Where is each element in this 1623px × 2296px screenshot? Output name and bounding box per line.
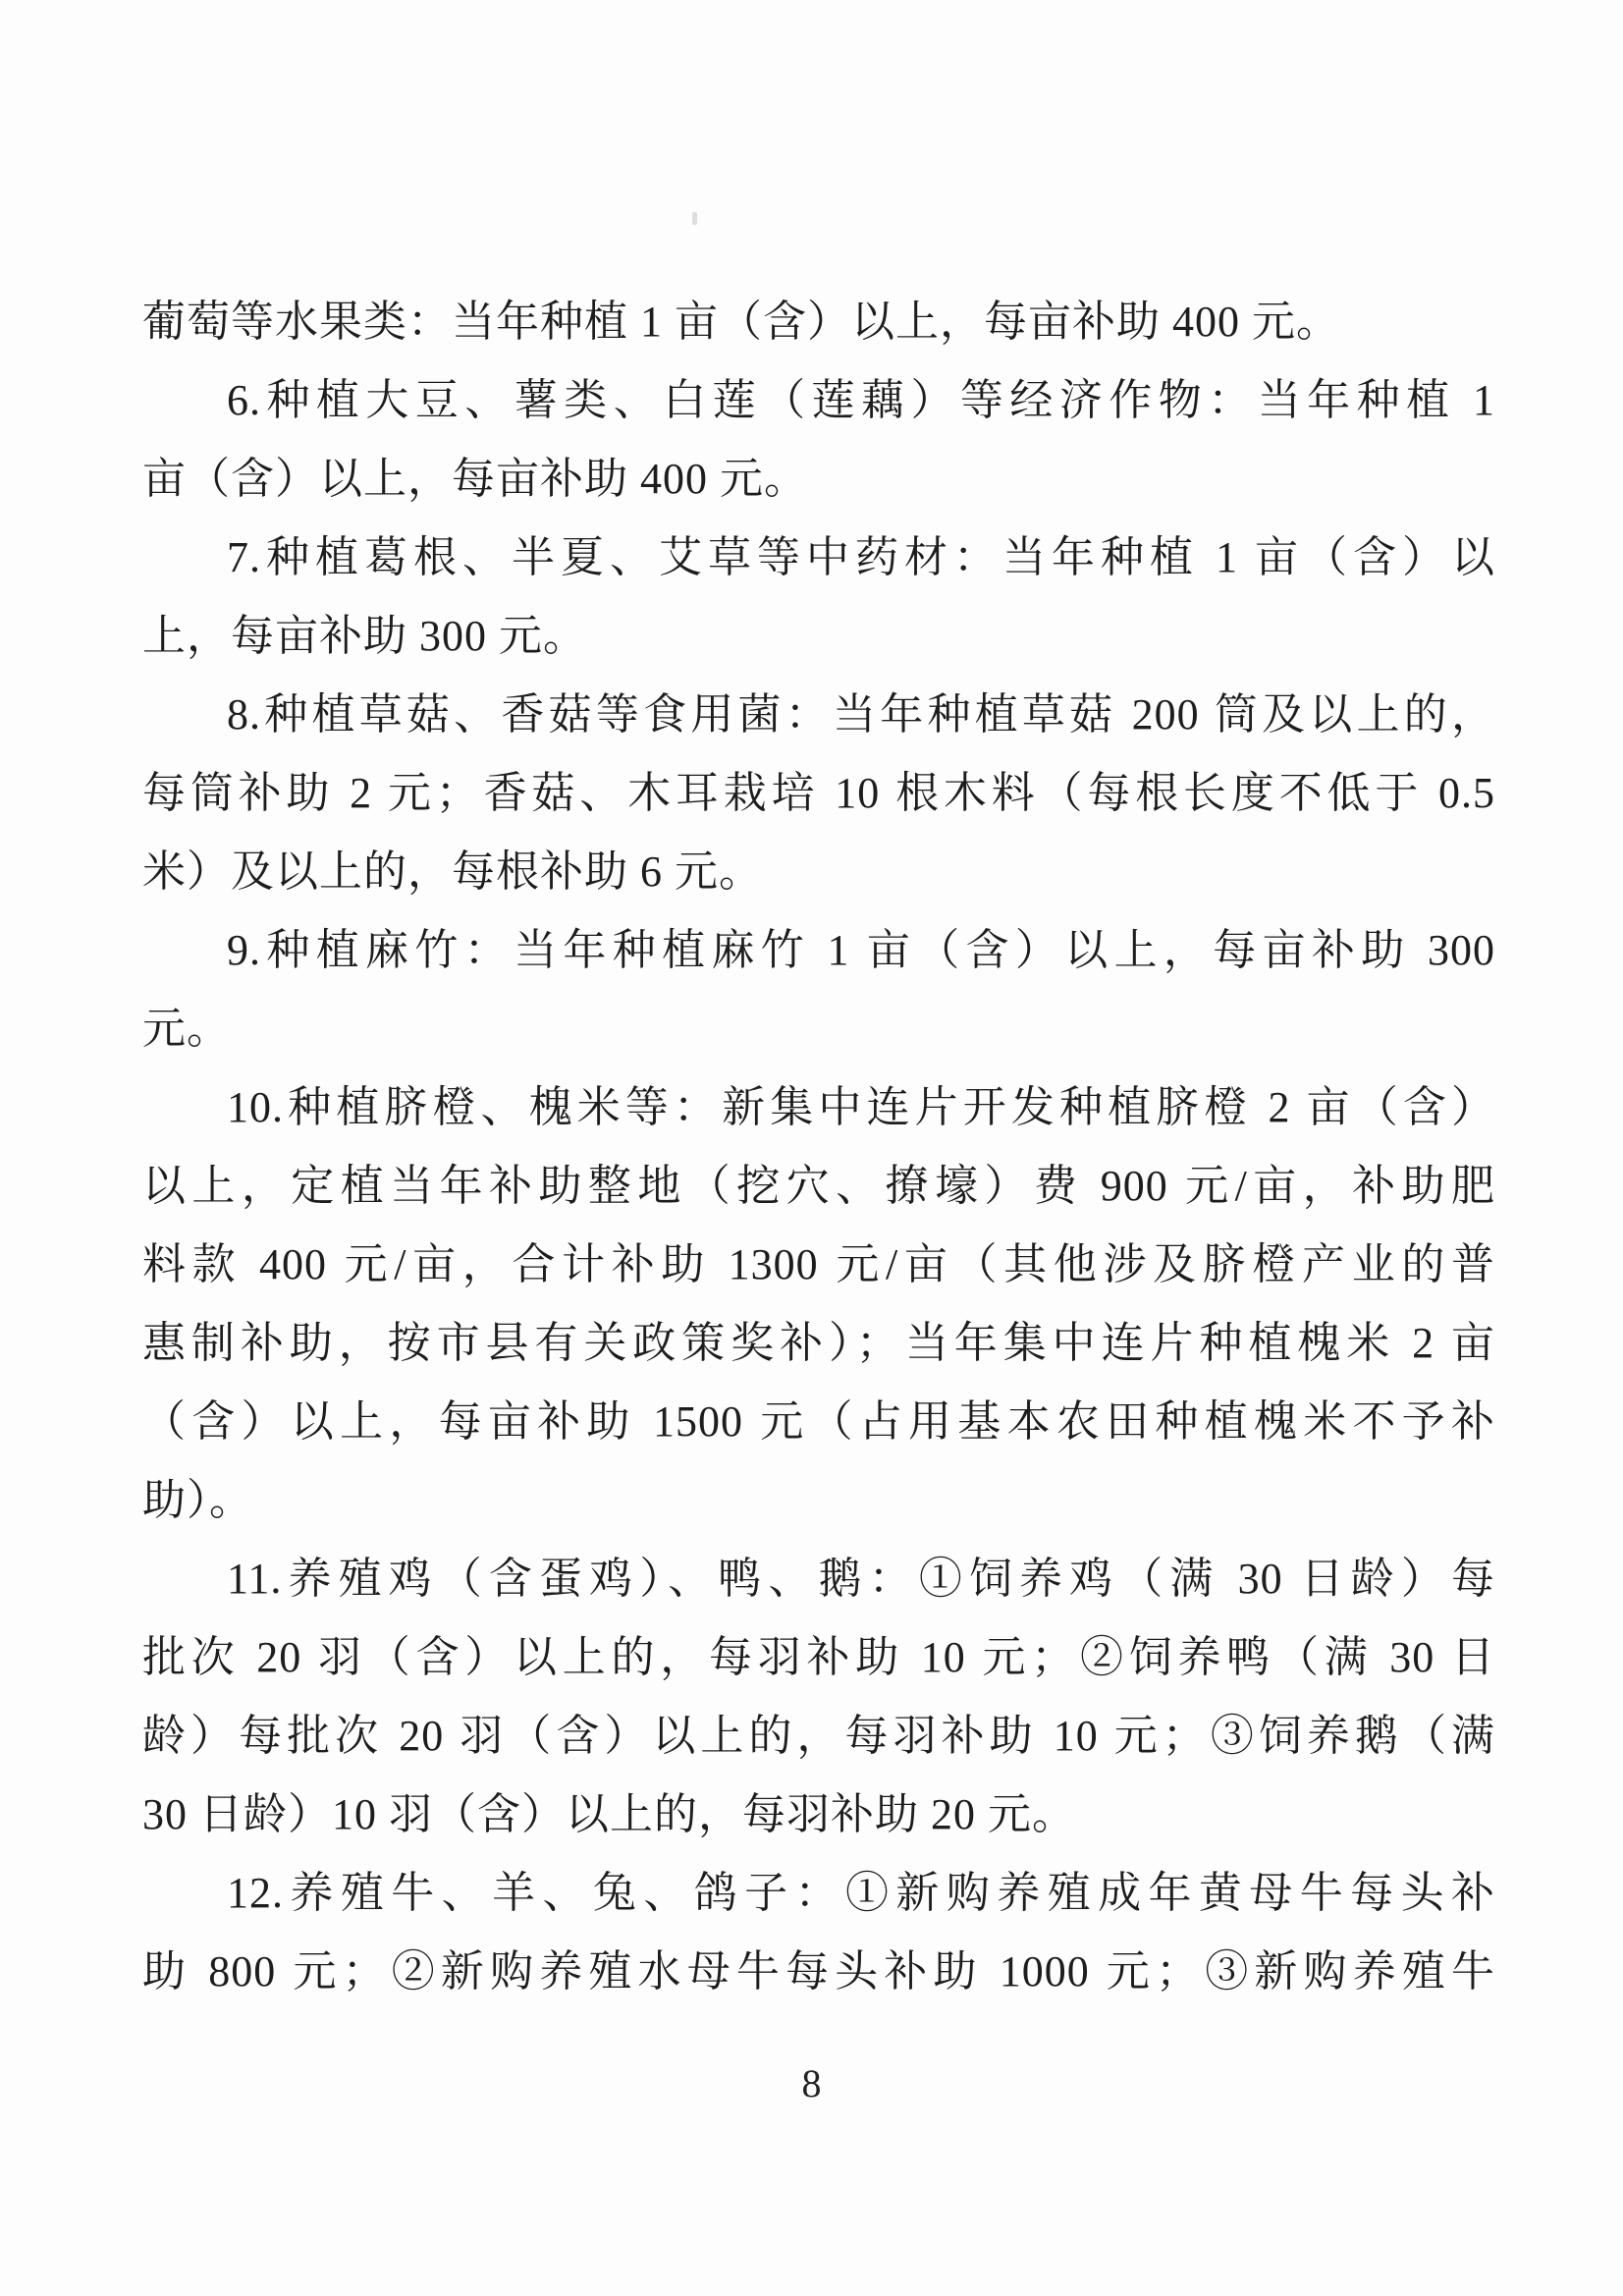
document-page: 葡萄等水果类：当年种植 1 亩（含）以上，每亩补助 400 元。 6.种植大豆、… xyxy=(0,0,1623,2296)
text-line: 30 日龄）10 羽（含）以上的，每羽补助 20 元。 xyxy=(142,1776,1495,1854)
text-line: 6.种植大豆、薯类、白莲（莲藕）等经济作物：当年种植 1 xyxy=(142,361,1495,440)
text-line: 8.种植草菇、香菇等食用菌：当年种植草菇 200 筒及以上的， xyxy=(142,676,1495,754)
text-line: 每筒补助 2 元；香菇、木耳栽培 10 根木料（每根长度不低于 0.5 xyxy=(142,754,1495,833)
text-line: （含）以上，每亩补助 1500 元（占用基本农田种植槐米不予补 xyxy=(142,1383,1495,1461)
text-line: 助）。 xyxy=(142,1461,1495,1540)
text-line: 9.种植麻竹：当年种植麻竹 1 亩（含）以上，每亩补助 300 xyxy=(142,911,1495,990)
text-line: 米）及以上的，每根补助 6 元。 xyxy=(142,833,1495,911)
text-line: 以上，定植当年补助整地（挖穴、撩壕）费 900 元/亩，补助肥 xyxy=(142,1147,1495,1226)
text-line: 亩（含）以上，每亩补助 400 元。 xyxy=(142,440,1495,519)
text-line: 元。 xyxy=(142,990,1495,1068)
text-line: 上，每亩补助 300 元。 xyxy=(142,597,1495,676)
text-line: 龄）每批次 20 羽（含）以上的，每羽补助 10 元；③饲养鹅（满 xyxy=(142,1697,1495,1776)
text-line: 批次 20 羽（含）以上的，每羽补助 10 元；②饲养鸭（满 30 日 xyxy=(142,1618,1495,1697)
text-line: 料款 400 元/亩，合计补助 1300 元/亩（其他涉及脐橙产业的普 xyxy=(142,1226,1495,1304)
body-text: 葡萄等水果类：当年种植 1 亩（含）以上，每亩补助 400 元。 6.种植大豆、… xyxy=(142,283,1495,2011)
text-line: 10.种植脐橙、槐米等：新集中连片开发种植脐橙 2 亩（含） xyxy=(142,1068,1495,1147)
page-number: 8 xyxy=(0,2060,1623,2106)
text-line: 11.养殖鸡（含蛋鸡）、鸭、鹅：①饲养鸡（满 30 日龄）每 xyxy=(142,1540,1495,1618)
text-line: 7.种植葛根、半夏、艾草等中药材：当年种植 1 亩（含）以 xyxy=(142,519,1495,597)
scan-artifact xyxy=(692,212,697,225)
text-line: 助 800 元；②新购养殖水母牛每头补助 1000 元；③新购养殖牛 xyxy=(142,1933,1495,2011)
text-line: 葡萄等水果类：当年种植 1 亩（含）以上，每亩补助 400 元。 xyxy=(142,283,1495,361)
text-line: 12.养殖牛、羊、兔、鸽子：①新购养殖成年黄母牛每头补 xyxy=(142,1854,1495,1933)
text-line: 惠制补助，按市县有关政策奖补）；当年集中连片种植槐米 2 亩 xyxy=(142,1304,1495,1383)
